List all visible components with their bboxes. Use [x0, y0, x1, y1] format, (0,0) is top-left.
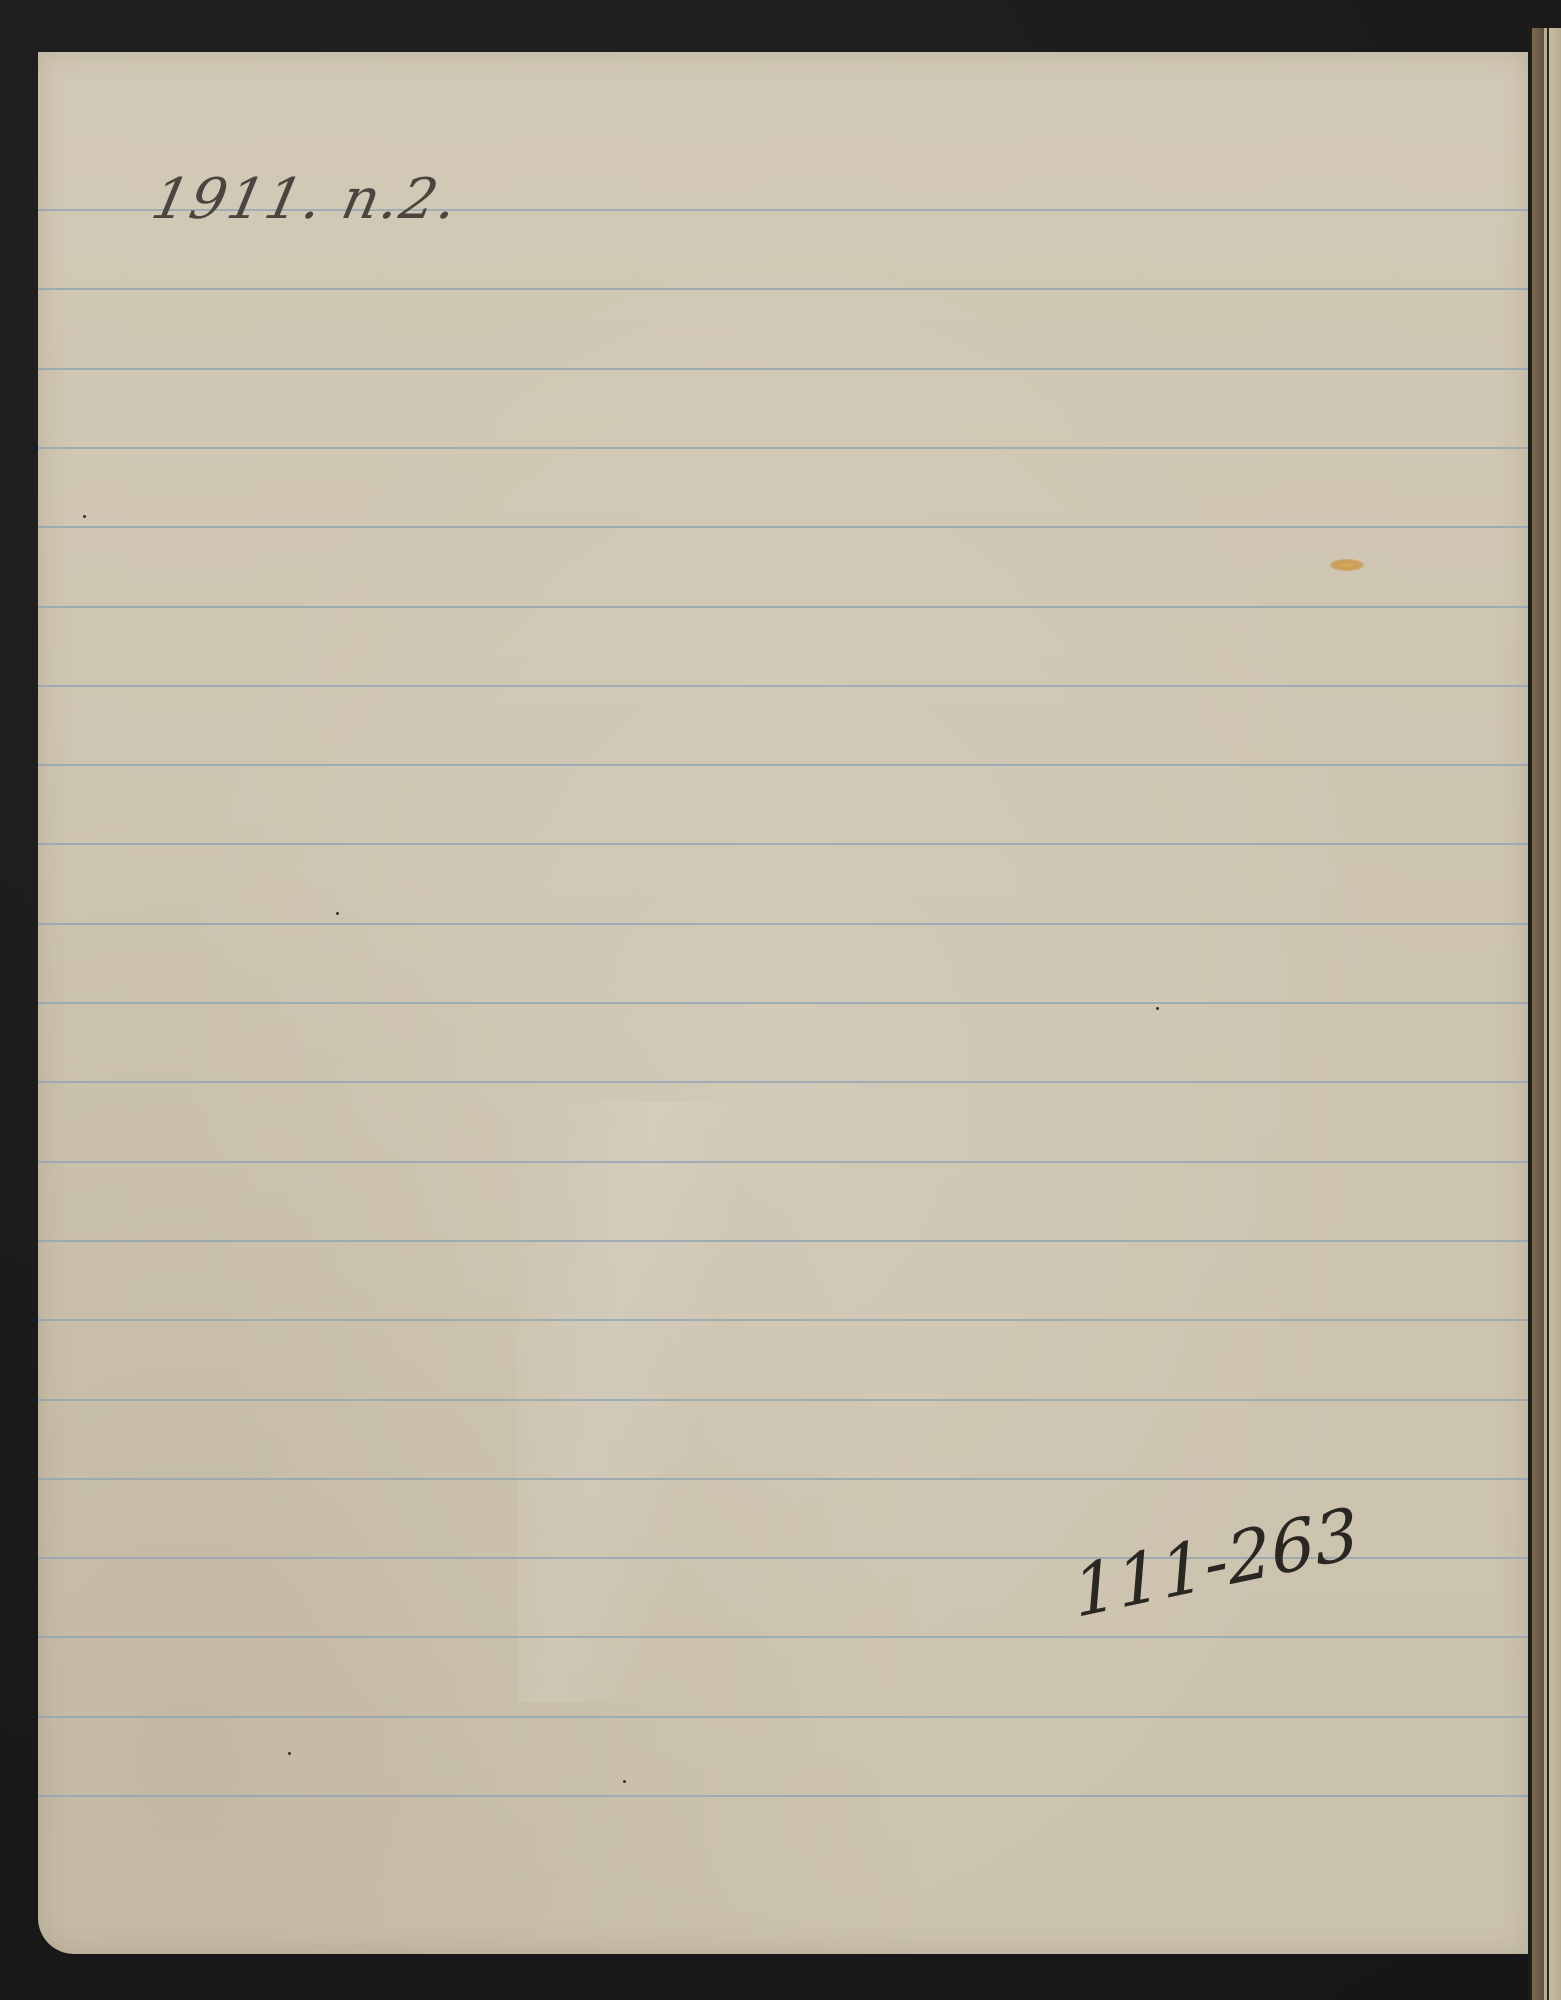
ruled-line [38, 368, 1528, 370]
paper-stain [1330, 559, 1364, 571]
ruled-line [38, 1240, 1528, 1242]
ruled-line [38, 606, 1528, 608]
handwritten-date-note: 1911. n.2. [146, 167, 465, 232]
ruled-line [38, 1399, 1528, 1401]
ruled-line [38, 923, 1528, 925]
ruled-line [38, 685, 1528, 687]
paper-speck [623, 1780, 626, 1783]
ruled-line [38, 1002, 1528, 1004]
ruled-line [38, 1478, 1528, 1480]
ruled-line [38, 288, 1528, 290]
paper-crease [518, 1102, 758, 1702]
ruled-line [38, 447, 1528, 449]
ruled-line [38, 1716, 1528, 1718]
handwritten-page-range: 111-263 [1069, 1492, 1362, 1634]
spine-binding [1532, 28, 1544, 2000]
paper-speck [1156, 1007, 1159, 1010]
ruled-line [38, 764, 1528, 766]
paper-speck [83, 515, 86, 518]
ruled-line [38, 526, 1528, 528]
ruled-line [38, 1081, 1528, 1083]
spine-page-stack [1549, 28, 1561, 2000]
paper-speck [288, 1752, 291, 1755]
ruled-line [38, 1319, 1528, 1321]
book-spine-edge [1528, 28, 1561, 2000]
paper-speck [336, 912, 339, 915]
ruled-line [38, 843, 1528, 845]
notebook-page: 1911. n.2. 111-263 [38, 52, 1528, 1954]
ruled-line [38, 1161, 1528, 1163]
ruled-line [38, 1795, 1528, 1797]
ruled-line [38, 1636, 1528, 1638]
